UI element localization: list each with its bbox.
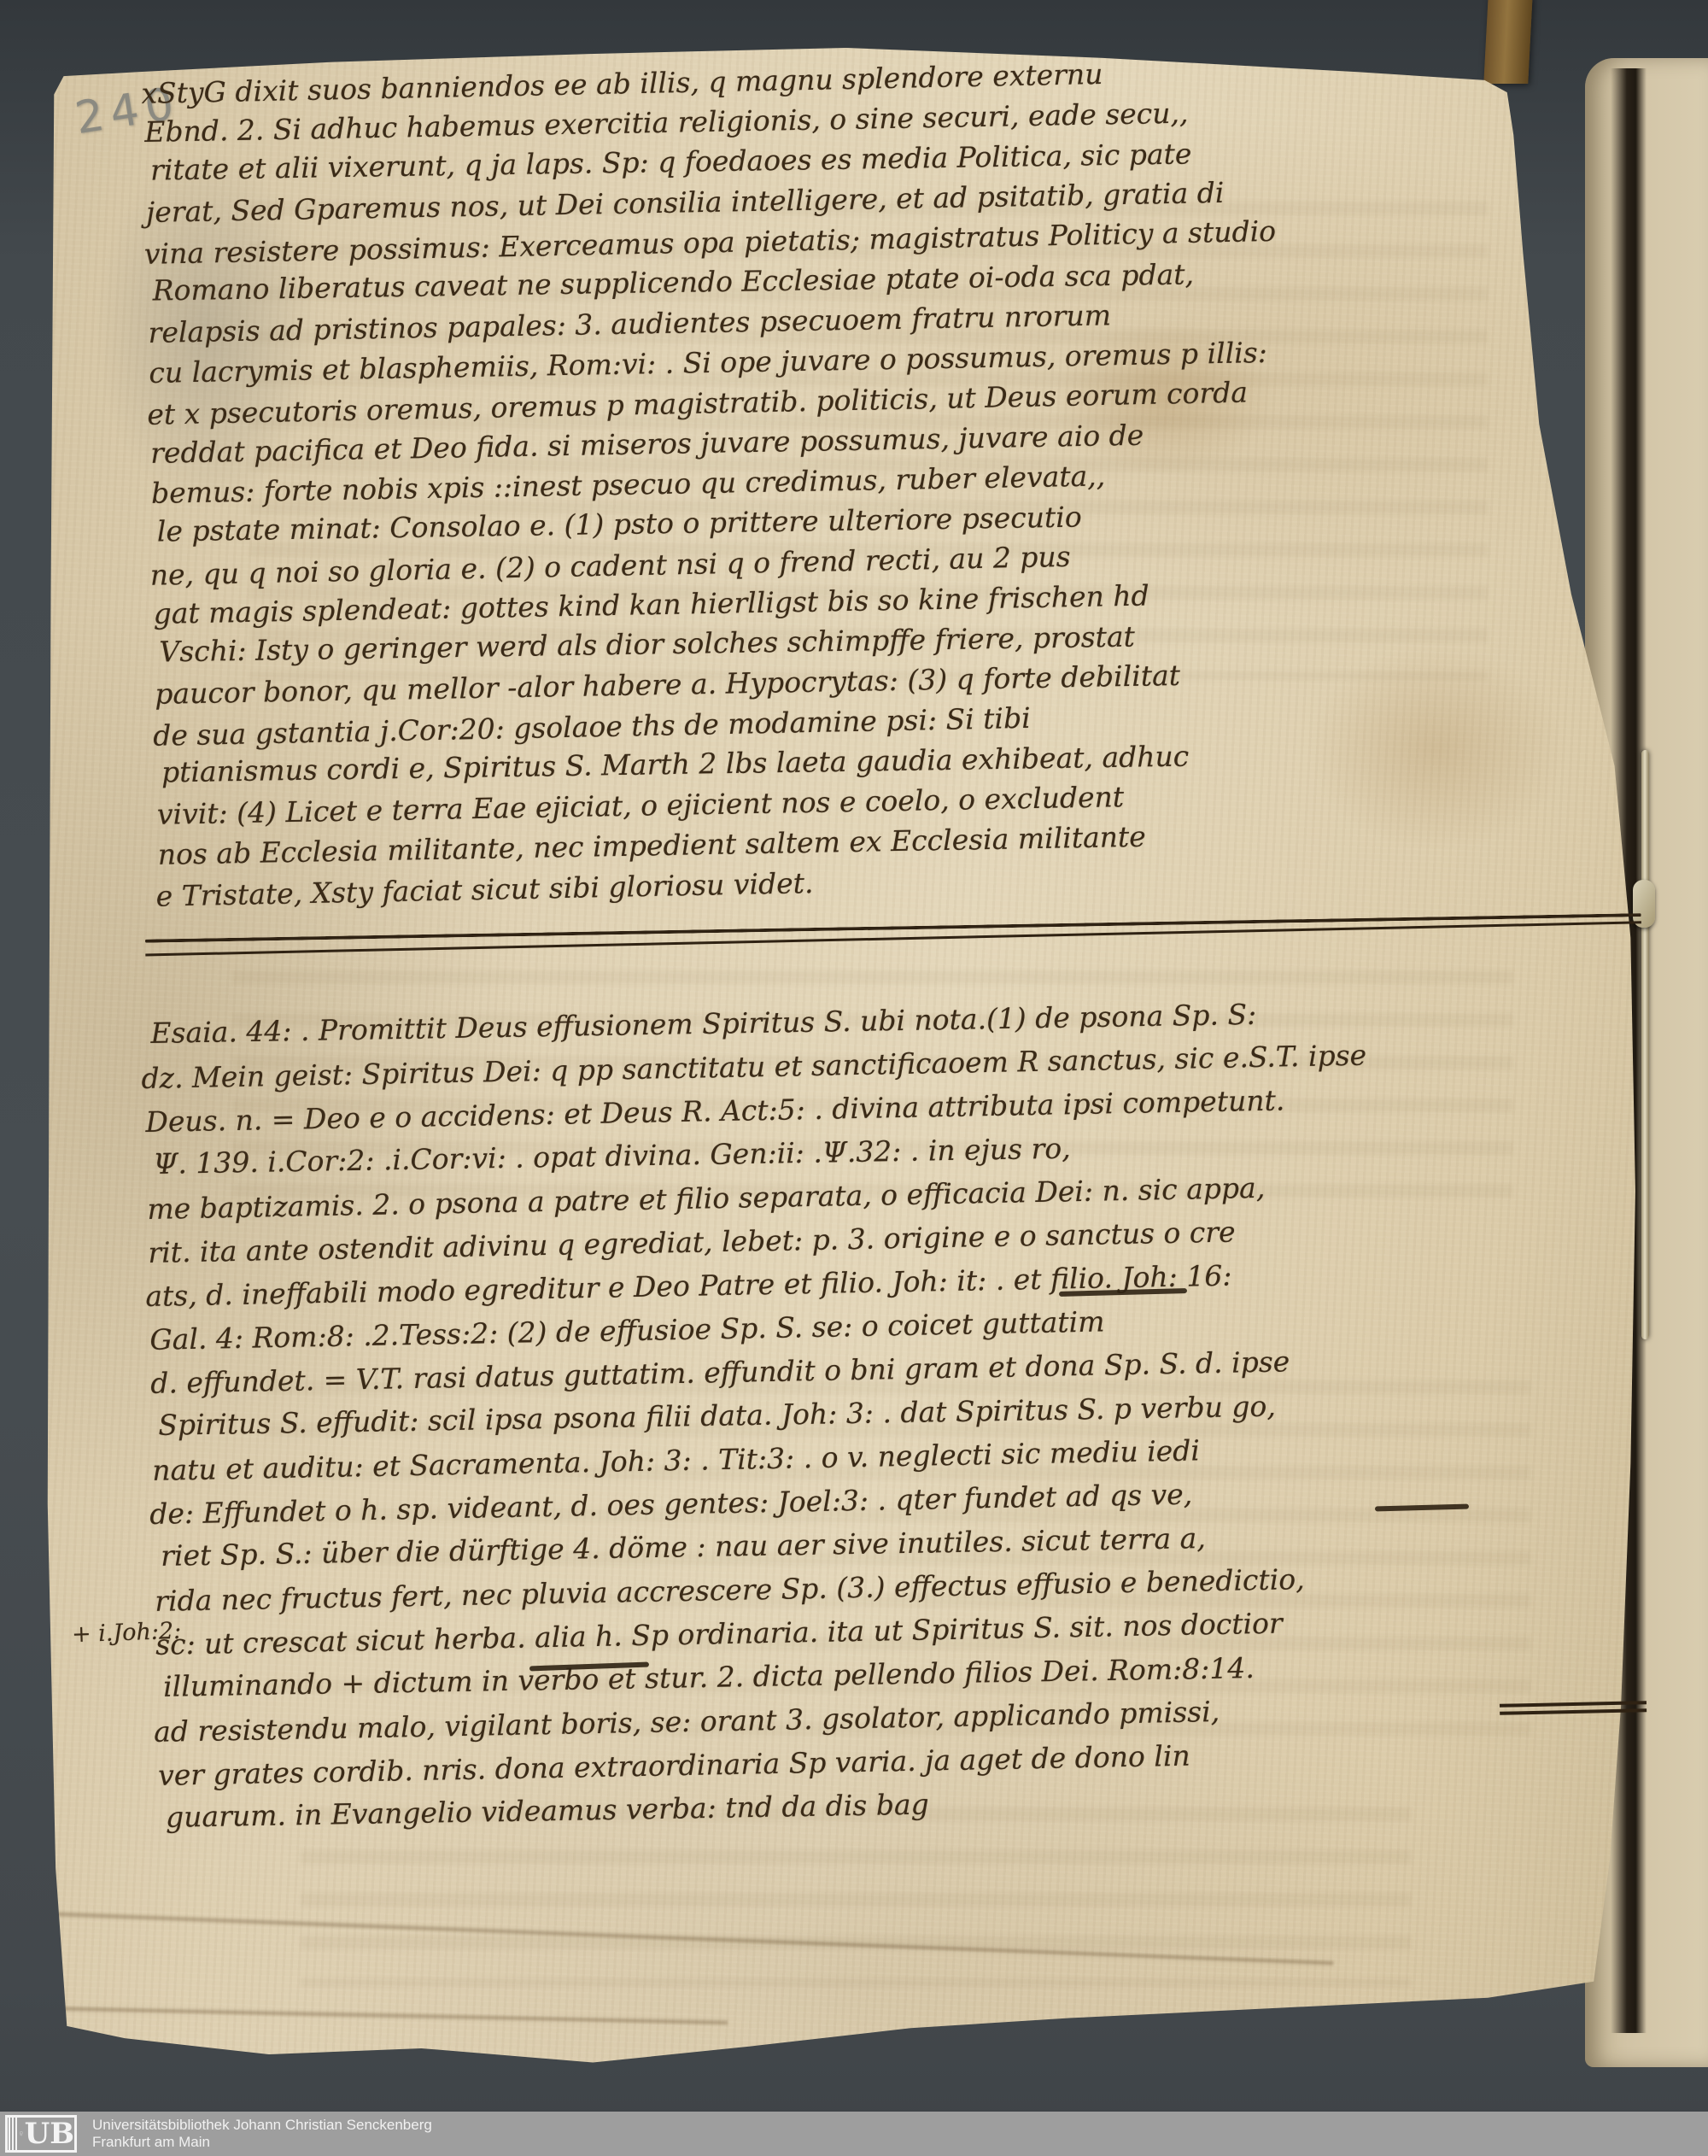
paper-crease xyxy=(44,2006,728,2026)
footer-city: Frankfurt am Main xyxy=(92,2134,432,2151)
footer-institution: Universitätsbibliothek Johann Christian … xyxy=(92,2117,432,2134)
margin-note: + i.Joh:2: xyxy=(71,1618,181,1648)
ub-library-logo: UB xyxy=(5,2115,77,2153)
portrait-sketch-icon xyxy=(19,2118,24,2149)
handwritten-section-2: Esaia. 44: . Promittit Deus effusionem S… xyxy=(143,984,1662,1841)
footer-text: Universitätsbibliothek Johann Christian … xyxy=(92,2117,432,2151)
logo-hatch-lines xyxy=(8,2117,18,2151)
logo-ub-text: UB xyxy=(25,2119,74,2148)
paper-crease xyxy=(53,1911,1333,1966)
handwritten-section-1: xStyG dixit suos banniendos ee ab illis,… xyxy=(143,44,1662,915)
library-footer-bar: UB Universitätsbibliothek Johann Christi… xyxy=(0,2112,1708,2156)
manuscript-scan-viewport: 240 xStyG dixit suos banniendos ee ab il… xyxy=(0,0,1708,2156)
rom-8-14-underline xyxy=(1500,1696,1647,1715)
